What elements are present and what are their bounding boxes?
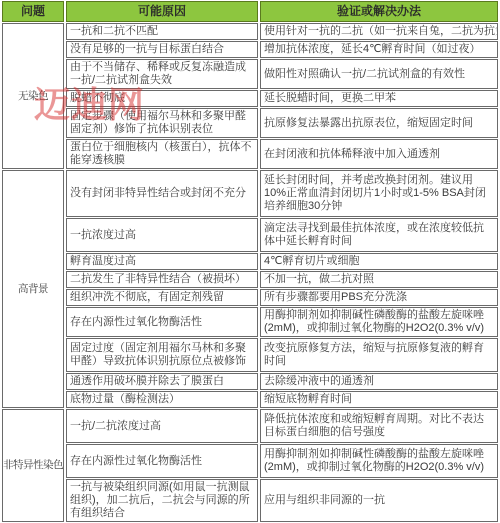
- cause-cell: 固定步骤（使用福尔马林和多聚甲醛固定剂）修饰了抗体识别表位: [66, 108, 258, 138]
- cause-cell: 一抗浓度过高: [66, 218, 258, 252]
- table-row: 固定步骤（使用福尔马林和多聚甲醛固定剂）修饰了抗体识别表位 抗原修复法暴露出抗原…: [2, 108, 498, 138]
- solution-cell: 缩短底物孵育时间: [260, 391, 498, 408]
- cause-cell: 底物过量（酶检测法）: [66, 391, 258, 408]
- solution-cell: 所有步骤都要用PBS充分洗涤: [260, 289, 498, 306]
- table-row: 底物过量（酶检测法） 缩短底物孵育时间: [2, 391, 498, 408]
- solution-cell: 延长脱蜡时间，更换二甲苯: [260, 90, 498, 107]
- table-row: 无染色 一抗和二抗不匹配 使用针对一抗的二抗（如一抗来自兔，二抗为抗兔抗体）: [2, 23, 498, 40]
- solution-cell: 使用针对一抗的二抗（如一抗来自兔，二抗为抗兔抗体）: [260, 23, 498, 40]
- problem-cell-no-staining: 无染色: [2, 23, 64, 169]
- table-row: 通透作用破坏膜并除去了膜蛋白 去除缓冲液中的通透剂: [2, 373, 498, 390]
- cause-cell: 没有封闭非特异性结合或封闭不充分: [66, 170, 258, 217]
- cause-cell: 组织冲洗不彻底，有固定剂残留: [66, 289, 258, 306]
- table-row: 二抗发生了非特异性结合（被损坏） 不加一抗，做二抗对照: [2, 271, 498, 288]
- table-row: 存在内源性过氧化物酶活性 用酶抑制剂如抑制碱性磷酸酶的盐酸左旋咪唑(2mM)，或…: [2, 444, 498, 478]
- solution-cell: 抗原修复法暴露出抗原表位，缩短固定时间: [260, 108, 498, 138]
- solution-cell: 去除缓冲液中的通透剂: [260, 373, 498, 390]
- table-row: 蛋白位于细胞核内（核蛋白），抗体不能穿透核膜 在封闭液和抗体稀释液中加入通透剂: [2, 139, 498, 169]
- troubleshooting-table: 问题 可能原因 验证或解决办法 无染色 一抗和二抗不匹配 使用针对一抗的二抗（如…: [0, 0, 500, 523]
- troubleshooting-page: 问题 可能原因 验证或解决办法 无染色 一抗和二抗不匹配 使用针对一抗的二抗（如…: [0, 0, 500, 523]
- solution-cell: 应用与组织非同源的一抗: [260, 479, 498, 522]
- table-row: 高背景 没有封闭非特异性结合或封闭不充分 延长封闭时间，并考虑改换封闭剂。建议用…: [2, 170, 498, 217]
- table-row: 存在内源性过氧化物酶活性 用酶抑制剂如抑制碱性磷酸酶的盐酸左旋咪唑(2mM)，或…: [2, 307, 498, 337]
- table-row: 组织冲洗不彻底，有固定剂残留 所有步骤都要用PBS充分洗涤: [2, 289, 498, 306]
- cause-cell: 没有足够的一抗与目标蛋白结合: [66, 41, 258, 58]
- column-header-cause: 可能原因: [66, 1, 258, 22]
- table-row: 由于不当储存、稀释或反复冻融造成一抗/二抗试剂盒失效 做阳性对照确认一抗/二抗试…: [2, 59, 498, 89]
- cause-cell: 孵育温度过高: [66, 253, 258, 270]
- cause-cell: 固定过度（固定剂用福尔马林和多聚甲醛）导致抗体识别抗原位点被修饰: [66, 338, 258, 372]
- cause-cell: 由于不当储存、稀释或反复冻融造成一抗/二抗试剂盒失效: [66, 59, 258, 89]
- solution-cell: 滴定法寻找到最佳抗体浓度，或在浓度较低抗体中延长孵育时间: [260, 218, 498, 252]
- cause-cell: 脱蜡不彻底: [66, 90, 258, 107]
- solution-cell: 改变抗原修复方法，缩短与抗原修复液的孵育时间: [260, 338, 498, 372]
- problem-cell-high-background: 高背景: [2, 170, 64, 408]
- table-row: 没有足够的一抗与目标蛋白结合 增加抗体浓度，延长4℃孵育时间（如过夜）: [2, 41, 498, 58]
- solution-cell: 做阳性对照确认一抗/二抗试剂盒的有效性: [260, 59, 498, 89]
- table-row: 固定过度（固定剂用福尔马林和多聚甲醛）导致抗体识别抗原位点被修饰 改变抗原修复方…: [2, 338, 498, 372]
- solution-cell: 降低抗体浓度和或缩短孵育周期。对比不表达目标蛋白细胞的信号强度: [260, 409, 498, 443]
- solution-cell: 用酶抑制剂如抑制碱性磷酸酶的盐酸左旋咪唑(2mM)，或抑制过氧化物酶的H2O2(…: [260, 307, 498, 337]
- table-row: 一抗浓度过高 滴定法寻找到最佳抗体浓度，或在浓度较低抗体中延长孵育时间: [2, 218, 498, 252]
- cause-cell: 一抗/二抗浓度过高: [66, 409, 258, 443]
- cause-cell: 蛋白位于细胞核内（核蛋白），抗体不能穿透核膜: [66, 139, 258, 169]
- table-row: 孵育温度过高 4℃孵育切片或细胞: [2, 253, 498, 270]
- cause-cell: 存在内源性过氧化物酶活性: [66, 307, 258, 337]
- problem-cell-nonspecific-staining: 非特异性染色: [2, 409, 64, 522]
- solution-cell: 在封闭液和抗体稀释液中加入通透剂: [260, 139, 498, 169]
- solution-cell: 用酶抑制剂如抑制碱性磷酸酶的盐酸左旋咪唑(2mM)，或抑制过氧化物酶的H2O2(…: [260, 444, 498, 478]
- cause-cell: 存在内源性过氧化物酶活性: [66, 444, 258, 478]
- cause-cell: 二抗发生了非特异性结合（被损坏）: [66, 271, 258, 288]
- solution-cell: 增加抗体浓度，延长4℃孵育时间（如过夜）: [260, 41, 498, 58]
- cause-cell: 一抗和二抗不匹配: [66, 23, 258, 40]
- header-row: 问题 可能原因 验证或解决办法: [2, 1, 498, 22]
- column-header-problem: 问题: [2, 1, 64, 22]
- solution-cell: 延长封闭时间，并考虑改换封闭剂。建议用10%正常血清封闭切片1小时或1-5% B…: [260, 170, 498, 217]
- column-header-solution: 验证或解决办法: [260, 1, 498, 22]
- cause-cell: 通透作用破坏膜并除去了膜蛋白: [66, 373, 258, 390]
- solution-cell: 不加一抗，做二抗对照: [260, 271, 498, 288]
- table-row: 脱蜡不彻底 延长脱蜡时间，更换二甲苯: [2, 90, 498, 107]
- cause-cell: 一抗与被染组织同源(如用鼠一抗测鼠组织)，加二抗后，二抗会与同源的所有组织结合: [66, 479, 258, 522]
- table-row: 一抗与被染组织同源(如用鼠一抗测鼠组织)，加二抗后，二抗会与同源的所有组织结合 …: [2, 479, 498, 522]
- table-row: 非特异性染色 一抗/二抗浓度过高 降低抗体浓度和或缩短孵育周期。对比不表达目标蛋…: [2, 409, 498, 443]
- solution-cell: 4℃孵育切片或细胞: [260, 253, 498, 270]
